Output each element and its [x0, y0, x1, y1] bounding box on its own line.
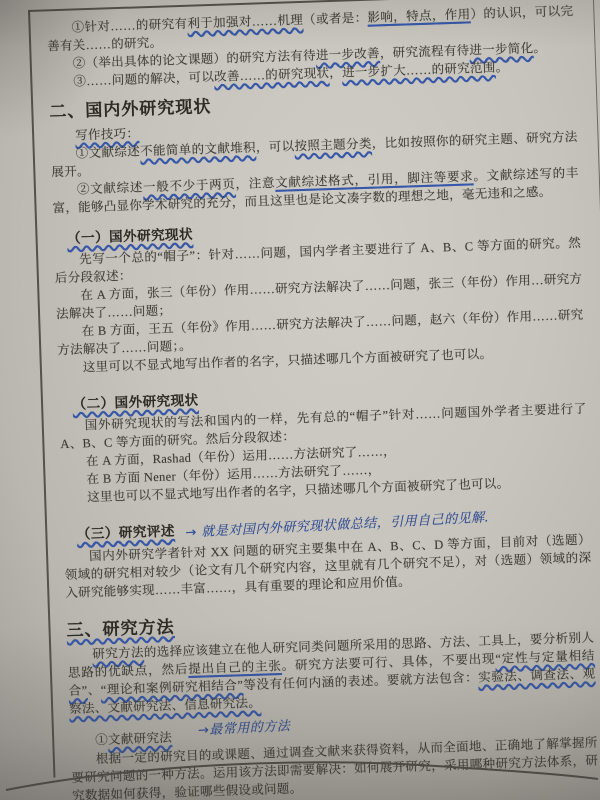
document-photo: ①针对……的研究有利于加强对……机理（或者是：影响，特点，作用）的认识，可以完善…	[0, 0, 600, 800]
note3-seg1-wavy: 改善……的研究现状	[214, 66, 330, 84]
note1-seg1-wavy: 利于加强对……机理	[187, 13, 303, 31]
sub3-p1-text: 国内外研究学者针对 XX 问题的研究主要集中在 A、B、C、D 等方面，目前对（…	[65, 533, 592, 600]
sec3-p1-seg3: 。研究方法要可行、具体，不要出现	[281, 652, 495, 673]
subsection-3-title-text: （三）研究评述	[77, 523, 175, 541]
tip1-seg0: ①文献综述	[76, 144, 141, 160]
note3-seg0: ③……问题的解决，可以	[73, 70, 214, 89]
tip2-seg1-wavy: 一般不少于两页	[143, 177, 236, 194]
subsection-2-title-text: （二）国外研究现状	[72, 393, 198, 412]
sec3-p1-seg7: 等没有任何内涵的表述。要就方法包含：	[243, 670, 478, 692]
note2-seg1-wavy: 进一步改善	[316, 46, 380, 62]
note2-seg4: 。	[533, 41, 546, 55]
note1-seg2: （或者是：	[303, 11, 368, 27]
writing-skills-label-text: 写作技巧：	[75, 126, 139, 142]
method-1-label: 文献研究法	[108, 731, 172, 747]
sec3-p1-seg0-wavy: 研究方法	[92, 646, 144, 662]
sec3-paragraph-1: 研究方法的选择应该建立在他人研究同类问题所采用的思路、方法、工具上，要分析别人思…	[67, 629, 596, 718]
sec3-p1-seg2-underlined: 提出自己的主张	[188, 659, 282, 676]
sec3-p1-seg5: 、	[87, 683, 101, 697]
sec3-p1-seg6-wavy: “理论和案例研究相结合”	[101, 678, 244, 697]
subsection-1-title-text: （一）国外研究现状	[67, 227, 193, 246]
tip2-seg0: ②文献综述	[77, 180, 144, 196]
note1-seg3-underlined: 影响，特点，作用	[367, 7, 470, 24]
tip1-seg3-wavy: 按照主题分类	[294, 137, 372, 154]
note3-seg3-wavy: 进一步扩大……的研究范围	[342, 61, 496, 80]
handwritten-method-note: →最常用的方法	[197, 718, 290, 741]
note2-seg3-wavy: 进一步简化	[469, 41, 533, 57]
note2-seg2: ，研究流程有待	[380, 43, 470, 60]
section-2-title-text: 二、国内外研究现状	[49, 97, 212, 121]
note3-seg4: 。	[495, 60, 508, 74]
tip1-seg2: ，可以	[256, 139, 295, 154]
section-3-title-text: 三、研究方法	[66, 617, 175, 640]
tip1-seg1-wavy: 不能简单的文献堆积	[140, 141, 256, 159]
note1-seg0: ①针对……的研究有	[71, 17, 187, 35]
note3-seg2: ，	[329, 66, 342, 80]
page-sheet: ①针对……的研究有利于加强对……机理（或者是：影响，特点，作用）的认识，可以完善…	[28, 0, 600, 778]
method-1-bullet: ①	[95, 733, 108, 747]
tip2-seg2: ，注意	[235, 176, 275, 191]
tip2-seg3-underlined: 文献综述格式，引用，脚注等要求	[275, 169, 474, 190]
